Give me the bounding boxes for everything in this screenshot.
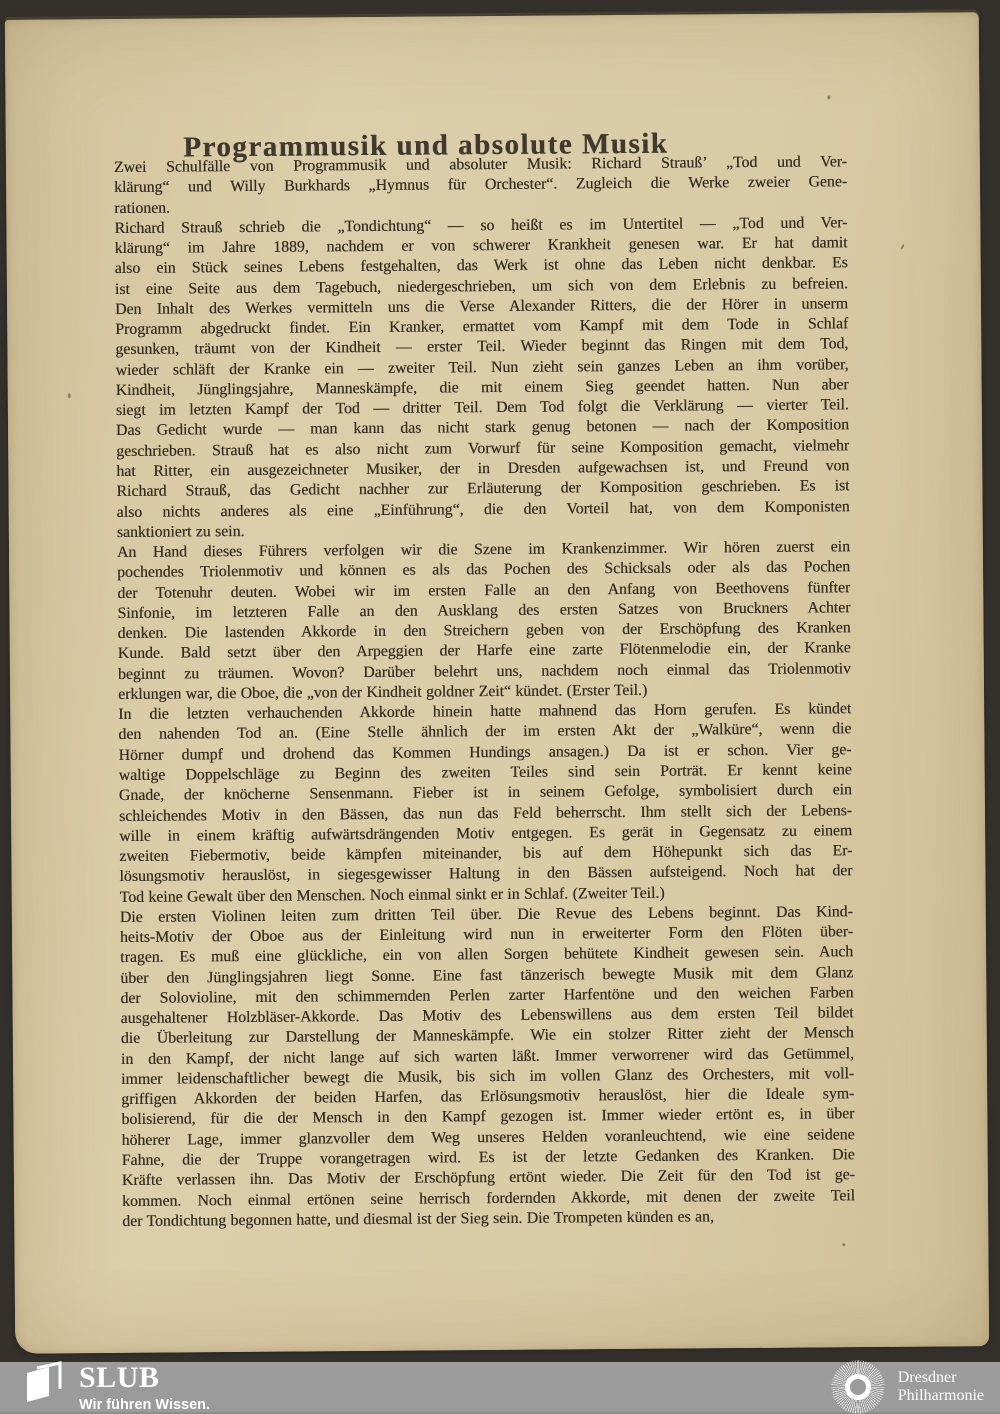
paper-speck: [842, 1243, 845, 1246]
paper-speck: [68, 393, 71, 398]
philharmonie-starburst-icon: [830, 1359, 886, 1414]
paper-speck: [900, 244, 905, 250]
slub-tagline: Wir führen Wissen.: [79, 1397, 210, 1413]
scanned-page: Programmusik und absolute Musik Zwei Sch…: [5, 12, 989, 1354]
slub-book-icon: [24, 1361, 64, 1403]
philharmonie-name-line2: Philharmonie: [898, 1387, 984, 1405]
slub-wordmark: SLUB: [79, 1363, 210, 1393]
philharmonie-logo[interactable]: Dresdner Philharmonie: [830, 1359, 988, 1414]
paper-speck: [827, 95, 830, 99]
scan-viewport: { "document": { "title": "Programmusik u…: [0, 0, 1000, 1414]
slub-logo[interactable]: SLUB Wir führen Wissen.: [24, 1361, 210, 1413]
document-body: Zwei Schulfälle von Programmusik und abs…: [114, 152, 855, 1232]
footer-bar: SLUB Wir führen Wissen. Dresdner Philhar…: [0, 1362, 1000, 1414]
philharmonie-name-line1: Dresdner: [898, 1369, 984, 1387]
philharmonie-name: Dresdner Philharmonie: [898, 1369, 984, 1406]
